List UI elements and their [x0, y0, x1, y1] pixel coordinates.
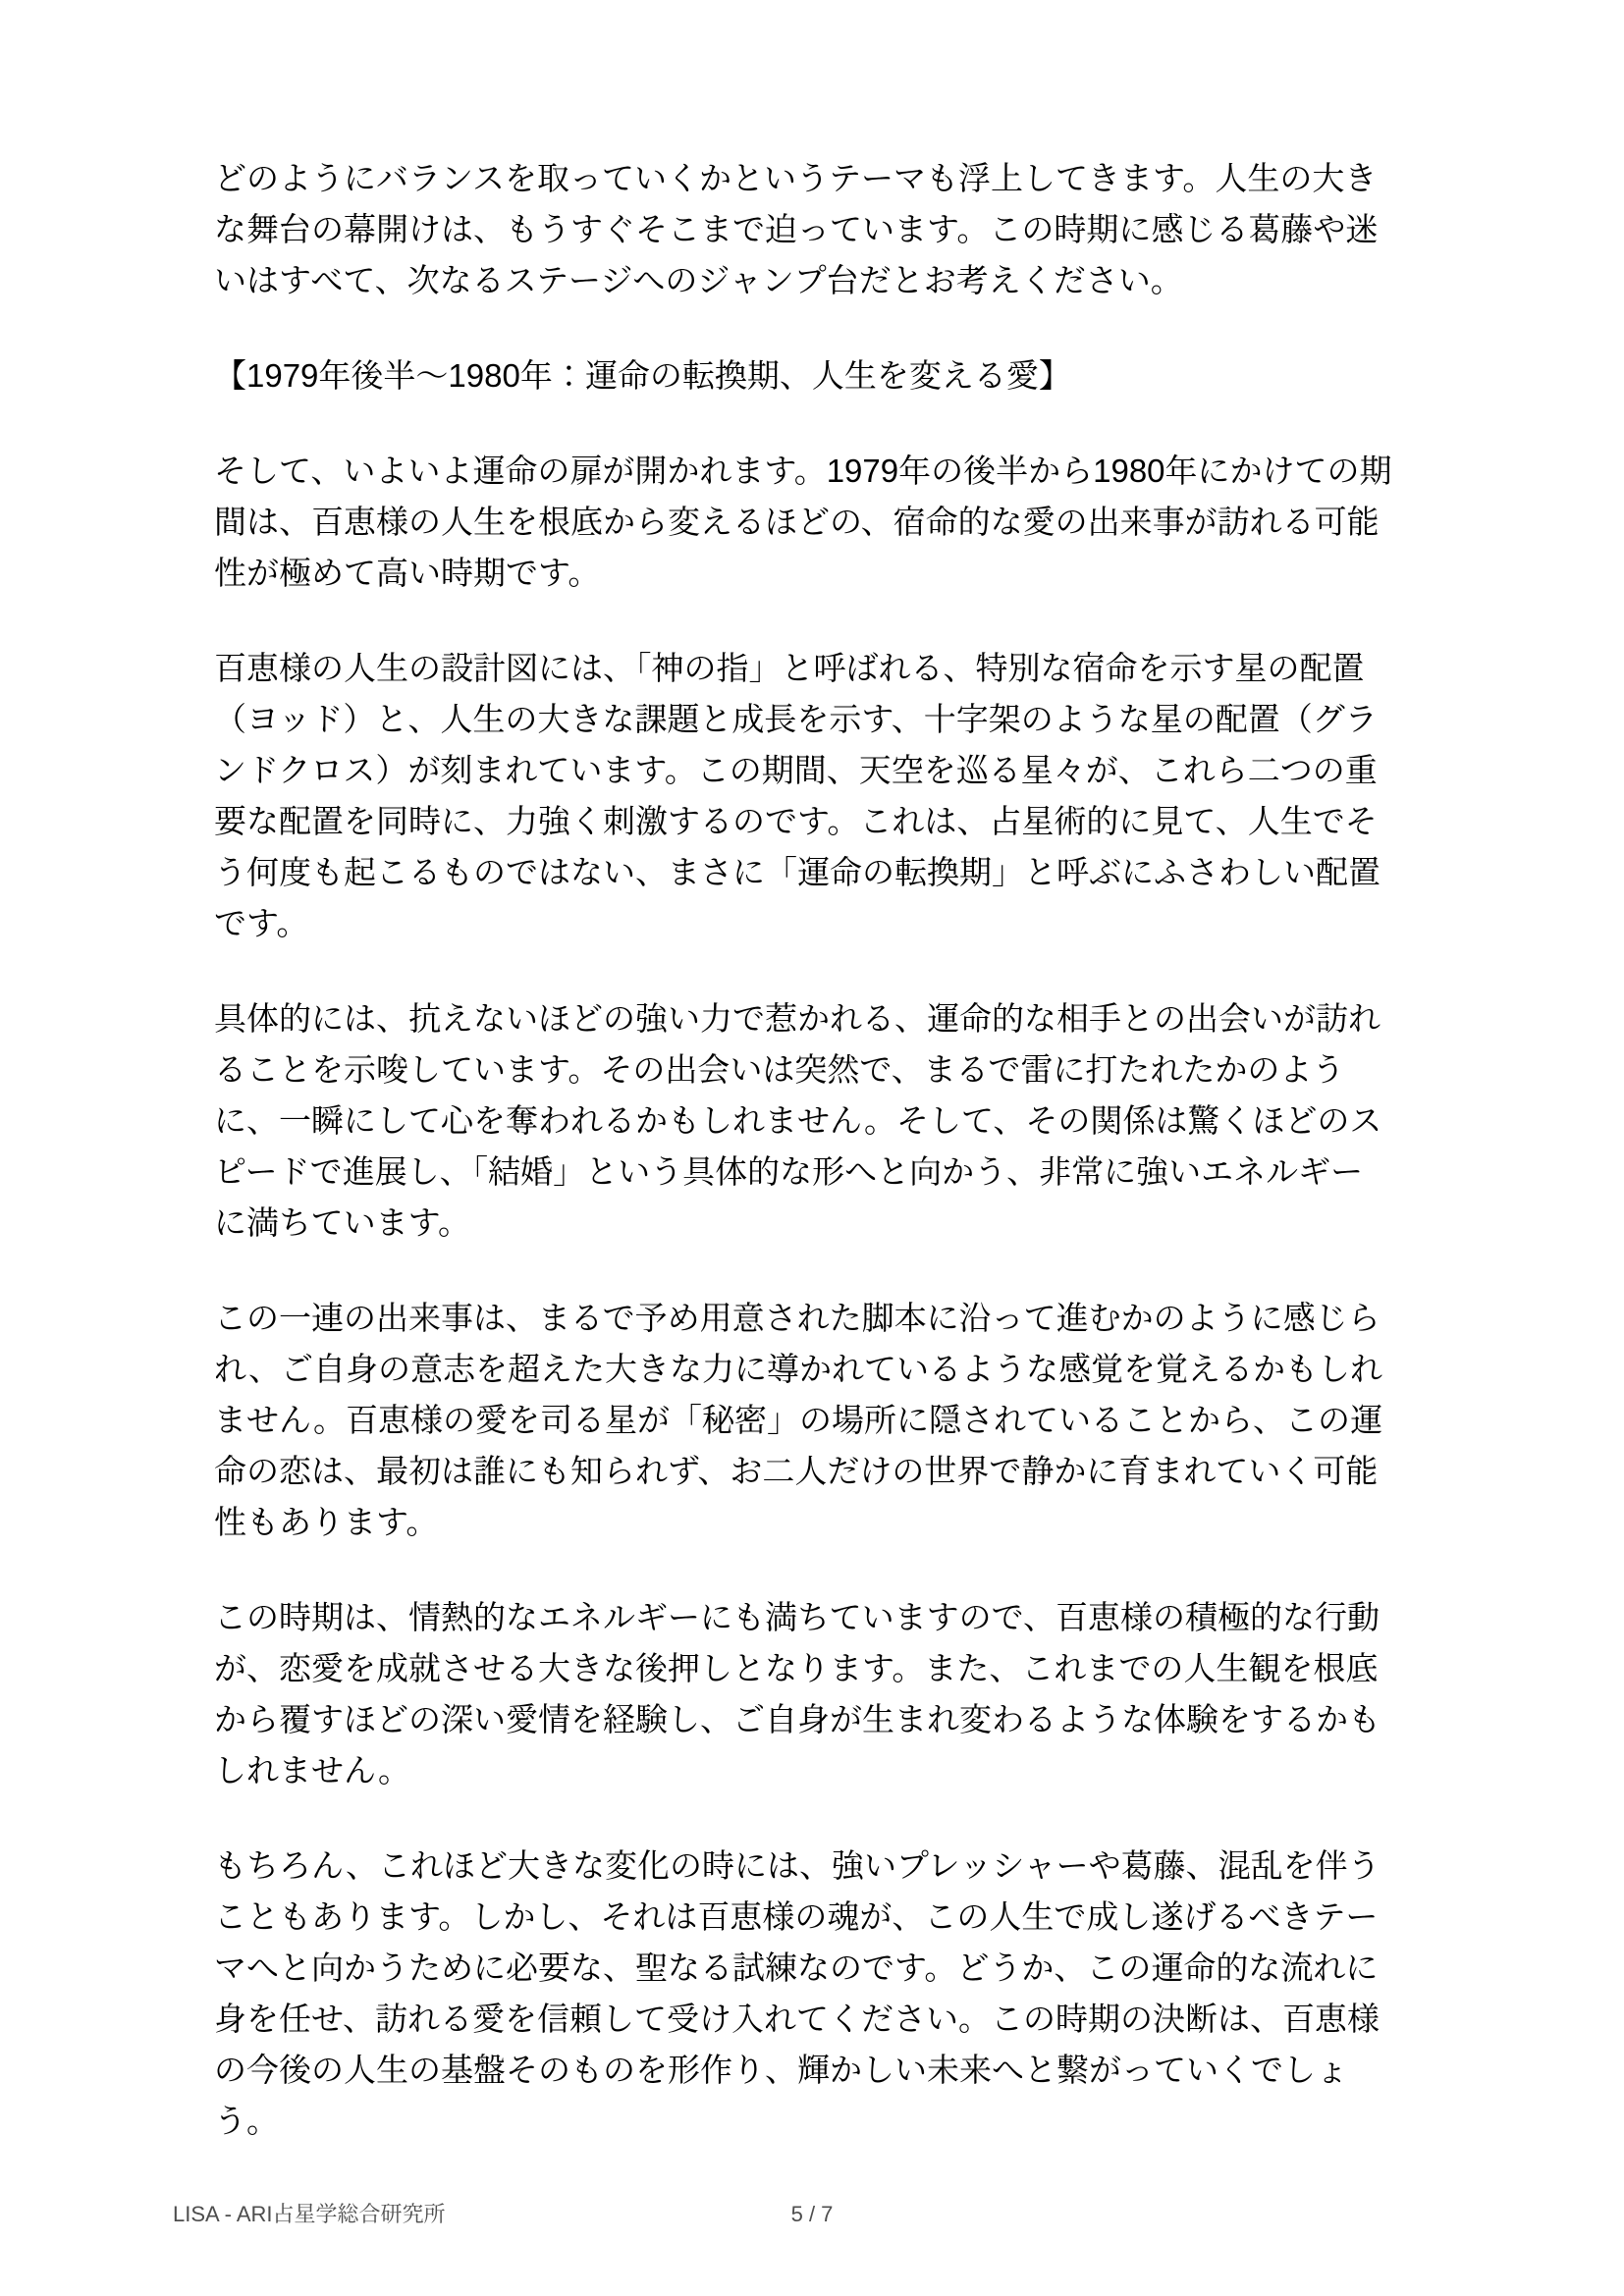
opening-paragraph: どのようにバランスを取っていくかというテーマも浮上してきます。人生の大き な舞台…	[214, 153, 1432, 306]
section-paragraph-2: 百恵様の人生の設計図には、「神の指」と呼ばれる、特別な宿命を示す星の配置 （ヨッ…	[214, 643, 1432, 949]
document-body: どのようにバランスを取っていくかというテーマも浮上してきます。人生の大き な舞台…	[214, 153, 1432, 2191]
document-page: どのようにバランスを取っていくかというテーマも浮上してきます。人生の大き な舞台…	[0, 0, 1624, 2296]
section-paragraph-3: 具体的には、抗えないほどの強い力で惹かれる、運命的な相手との出会いが訪れ ること…	[214, 993, 1432, 1249]
section-paragraph-5: この時期は、情熱的なエネルギーにも満ちていますので、百恵様の積極的な行動 が、恋…	[214, 1592, 1432, 1796]
section-paragraph-6: もちろん、これほど大きな変化の時には、強いプレッシャーや葛藤、混乱を伴う ことも…	[214, 1841, 1432, 2147]
section-paragraph-4: この一連の出来事は、まるで予め用意された脚本に沿って進むかのように感じら れ、ご…	[214, 1293, 1432, 1548]
section-heading: 【1979年後半～1980年：運命の転換期、人生を変える愛】	[214, 350, 1432, 401]
footer-page-number: 5 / 7	[0, 2202, 1624, 2227]
section-paragraph-1: そして、いよいよ運命の扉が開かれます。1979年の後半から1980年にかけての期…	[214, 446, 1432, 599]
